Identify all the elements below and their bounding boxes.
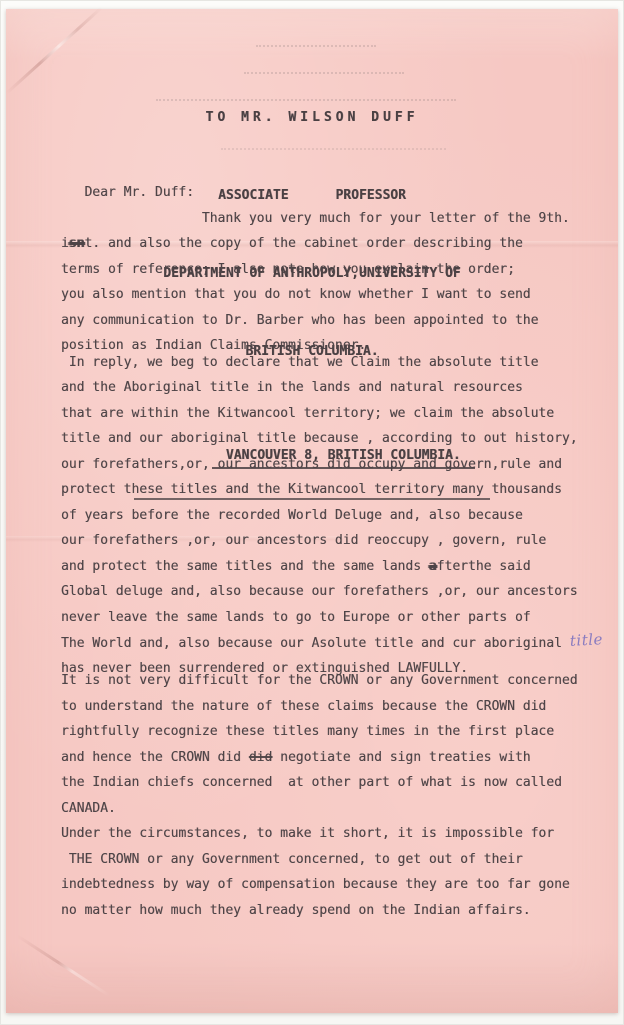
- text-segment: you also mention that you do not know wh…: [61, 287, 531, 302]
- text-segment: terms of reference; I also note how you …: [61, 262, 515, 277]
- paragraph: It is not very difficult for the CROWN o…: [61, 668, 606, 821]
- text-segment: our forefathers ,or, our ancestors did r…: [61, 533, 546, 548]
- text-segment: Under the circumstances, to make it shor…: [61, 826, 554, 841]
- text-segment: no matter how much they already spend on…: [61, 903, 531, 918]
- letter-line: Under the circumstances, to make it shor…: [61, 821, 606, 847]
- fold-crease-bottom-left: [16, 934, 110, 996]
- overtyped-text: a: [429, 559, 437, 574]
- letter-line: and protect the same titles and the same…: [61, 554, 606, 580]
- erasure-mark: [256, 45, 376, 47]
- letter-line: the Indian chiefs concerned at other par…: [61, 770, 606, 796]
- text-segment: protect these titles and the Kitwancool …: [61, 482, 562, 497]
- letter-line: our forefathers,or, our ancestors did oc…: [61, 452, 606, 478]
- letter-paper: TO MR. WILSON DUFF ASSOCIATE PROFESSOR D…: [6, 9, 618, 1013]
- text-segment: Global deluge and, also because our fore…: [61, 584, 578, 599]
- letter-line: Dear Mr. Duff:: [61, 180, 606, 206]
- letter-line: The World and, also because our Asolute …: [61, 630, 606, 656]
- text-segment: t. and also the copy of the cabinet orde…: [84, 236, 522, 251]
- text-segment: In reply, we beg to declare that we Clai…: [61, 355, 538, 370]
- text-segment: Dear Mr. Duff:: [61, 185, 194, 200]
- letter-line: title and our aboriginal title because ,…: [61, 426, 606, 452]
- letter-line: any communication to Dr. Barber who has …: [61, 308, 606, 334]
- letter-line: isnt. and also the copy of the cabinet o…: [61, 231, 606, 257]
- letter-line: It is not very difficult for the CROWN o…: [61, 668, 606, 694]
- letter-body: Dear Mr. Duff: Thank you very much for y…: [61, 180, 606, 923]
- letter-line: our forefathers ,or, our ancestors did r…: [61, 528, 606, 554]
- letter-line: no matter how much they already spend on…: [61, 898, 606, 924]
- text-segment: negotiate and sign treaties with: [272, 750, 530, 765]
- text-segment: that are within the Kitwancool territory…: [61, 406, 554, 421]
- overtyped-text: sn: [69, 236, 85, 251]
- paragraph: Under the circumstances, to make it shor…: [61, 821, 606, 923]
- letter-line: and the Aboriginal title in the lands an…: [61, 375, 606, 401]
- scan-background: TO MR. WILSON DUFF ASSOCIATE PROFESSOR D…: [0, 0, 624, 1025]
- letter-line: never leave the same lands to go to Euro…: [61, 605, 606, 631]
- recipient-name-line: TO MR. WILSON DUFF: [6, 105, 618, 131]
- letter-line: to understand the nature of these claims…: [61, 694, 606, 720]
- text-segment: the Indian chiefs concerned at other par…: [61, 775, 562, 790]
- text-segment: title and our aboriginal title because ,…: [61, 431, 578, 446]
- letter-line: rightfully recognize these titles many t…: [61, 719, 606, 745]
- text-segment: indebtedness by way of compensation beca…: [61, 877, 570, 892]
- letter-line: protect these titles and the Kitwancool …: [61, 477, 606, 503]
- text-segment: CANADA.: [61, 801, 116, 816]
- letter-line: THE CROWN or any Government concerned, t…: [61, 847, 606, 873]
- letter-line: that are within the Kitwancool territory…: [61, 401, 606, 427]
- text-segment: Thank you very much for your letter of t…: [61, 211, 570, 226]
- text-segment: rightfully recognize these titles many t…: [61, 724, 554, 739]
- text-segment: our forefathers,or, our ancestors did oc…: [61, 457, 562, 472]
- text-segment: fterthe said: [437, 559, 531, 574]
- text-segment: any communication to Dr. Barber who has …: [61, 313, 538, 328]
- text-segment: and hence the CROWN did: [61, 750, 249, 765]
- text-segment: never leave the same lands to go to Euro…: [61, 610, 531, 625]
- text-segment: i: [61, 236, 69, 251]
- letter-line: In reply, we beg to declare that we Clai…: [61, 350, 606, 376]
- letter-line: and hence the CROWN did did negotiate an…: [61, 745, 606, 771]
- text-segment: It is not very difficult for the CROWN o…: [61, 673, 578, 688]
- handwritten-annotation: title: [569, 627, 603, 654]
- text-segment: THE CROWN or any Government concerned, t…: [61, 852, 523, 867]
- text-segment: The World and, also because our Asolute …: [61, 636, 570, 651]
- text-segment: and protect the same titles and the same…: [61, 559, 429, 574]
- text-segment: and the Aboriginal title in the lands an…: [61, 380, 523, 395]
- letter-line: CANADA.: [61, 796, 606, 822]
- letter-line: Global deluge and, also because our fore…: [61, 579, 606, 605]
- struck-out-word: did: [249, 750, 272, 765]
- letter-line: indebtedness by way of compensation beca…: [61, 872, 606, 898]
- letter-line: terms of reference; I also note how you …: [61, 257, 606, 283]
- paragraph: In reply, we beg to declare that we Clai…: [61, 350, 606, 682]
- text-segment: of years before the recorded World Delug…: [61, 508, 523, 523]
- letter-line: of years before the recorded World Delug…: [61, 503, 606, 529]
- paragraph: Dear Mr. Duff: Thank you very much for y…: [61, 180, 606, 359]
- letter-line: you also mention that you do not know wh…: [61, 282, 606, 308]
- text-segment: to understand the nature of these claims…: [61, 699, 546, 714]
- letter-line: Thank you very much for your letter of t…: [61, 206, 606, 232]
